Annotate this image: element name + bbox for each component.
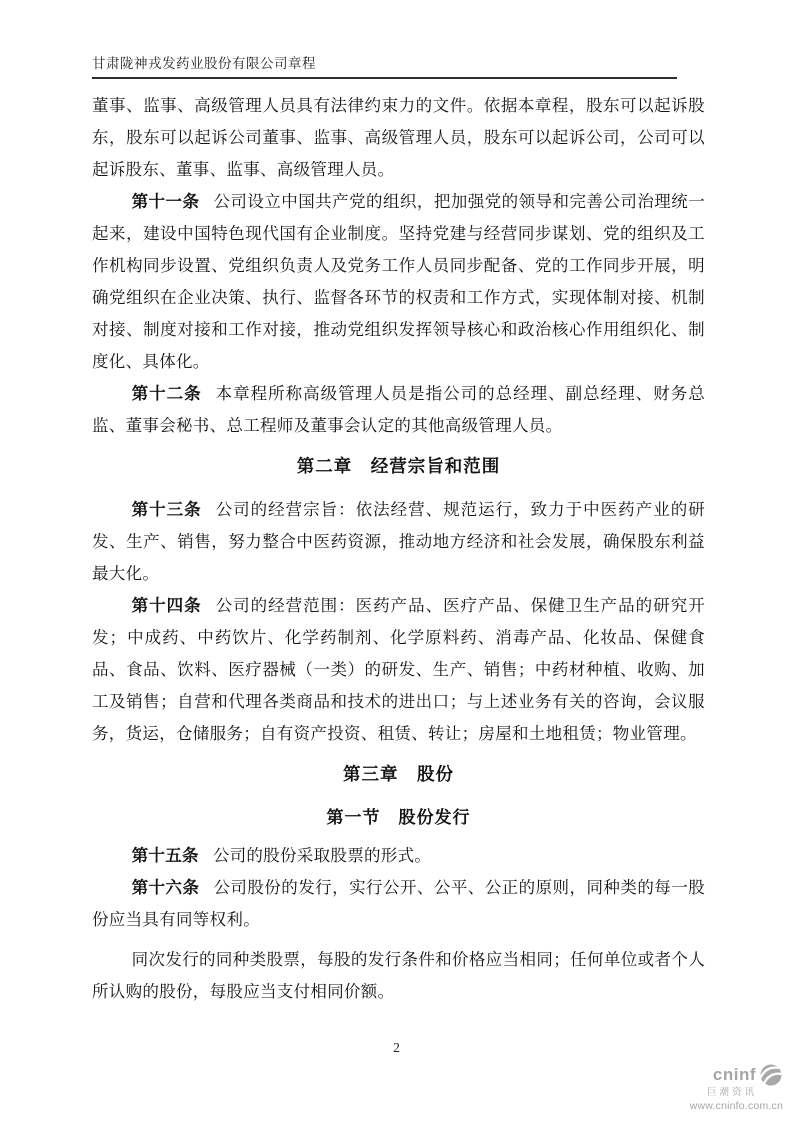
cninfo-logo: cninf 巨潮资讯 www.cninfo.com.cn: [653, 1063, 783, 1112]
article-16: 第十六条公司股份的发行，实行公开、公平、公正的原则，同种类的每一股份应当具有同等…: [92, 872, 705, 936]
cninfo-brand-text: cninf: [713, 1065, 756, 1085]
article-14-label: 第十四条: [132, 597, 202, 615]
paragraph-same-issue: 同次发行的同种类股票，每股的发行条件和价格应当相同；任何单位或者个人所认购的股份…: [92, 944, 705, 1008]
article-15-text: 公司的股份采取股票的形式。: [213, 846, 431, 865]
paragraph-text: 同次发行的同种类股票，每股的发行条件和价格应当相同；任何单位或者个人所认购的股份…: [92, 950, 705, 1001]
document-body: 董事、监事、高级管理人员具有法律约束力的文件。依据本章程，股东可以起诉股东，股东…: [92, 90, 705, 1008]
article-15: 第十五条公司的股份采取股票的形式。: [92, 840, 705, 872]
article-11: 第十一条公司设立中国共产党的组织，把加强党的领导和完善公司治理统一起来，建设中国…: [92, 186, 705, 378]
article-13: 第十三条公司的经营宗旨：依法经营、规范运行，致力于中医药产业的研发、生产、销售，…: [92, 494, 705, 590]
cninfo-brand-cn: 巨潮资讯: [653, 1088, 757, 1099]
article-13-label: 第十三条: [132, 501, 202, 519]
chapter-3-heading: 第三章 股份: [92, 758, 705, 790]
page-header: 甘肃陇神戎发药业股份有限公司章程: [92, 0, 677, 79]
paragraph-text: 董事、监事、高级管理人员具有法律约束力的文件。依据本章程，股东可以起诉股东，股东…: [92, 96, 705, 179]
cninfo-swirl-icon: [759, 1063, 783, 1087]
article-14: 第十四条公司的经营范围：医药产品、医疗产品、保健卫生产品的研究开发；中成药、中药…: [92, 590, 705, 750]
article-12: 第十二条本章程所称高级管理人员是指公司的总经理、副总经理、财务总监、董事会秘书、…: [92, 378, 705, 442]
article-11-text: 公司设立中国共产党的组织，把加强党的领导和完善公司治理统一起来，建设中国特色现代…: [92, 192, 705, 371]
cninfo-url: www.cninfo.com.cn: [653, 1100, 783, 1112]
article-15-label: 第十五条: [132, 847, 199, 865]
article-16-label: 第十六条: [132, 879, 200, 897]
article-11-label: 第十一条: [132, 193, 200, 211]
section-1-heading: 第一节 股份发行: [92, 802, 705, 834]
article-12-label: 第十二条: [132, 385, 202, 403]
document-page: 甘肃陇神戎发药业股份有限公司章程 董事、监事、高级管理人员具有法律约束力的文件。…: [0, 0, 793, 1122]
header-title: 甘肃陇神戎发药业股份有限公司章程: [92, 52, 316, 72]
paragraph-continuation: 董事、监事、高级管理人员具有法律约束力的文件。依据本章程，股东可以起诉股东，股东…: [92, 90, 705, 186]
article-14-text: 公司的经营范围：医药产品、医疗产品、保健卫生产品的研究开发；中成药、中药饮片、化…: [92, 596, 705, 743]
chapter-2-heading: 第二章 经营宗旨和范围: [92, 450, 705, 482]
page-number: 2: [0, 1040, 793, 1056]
